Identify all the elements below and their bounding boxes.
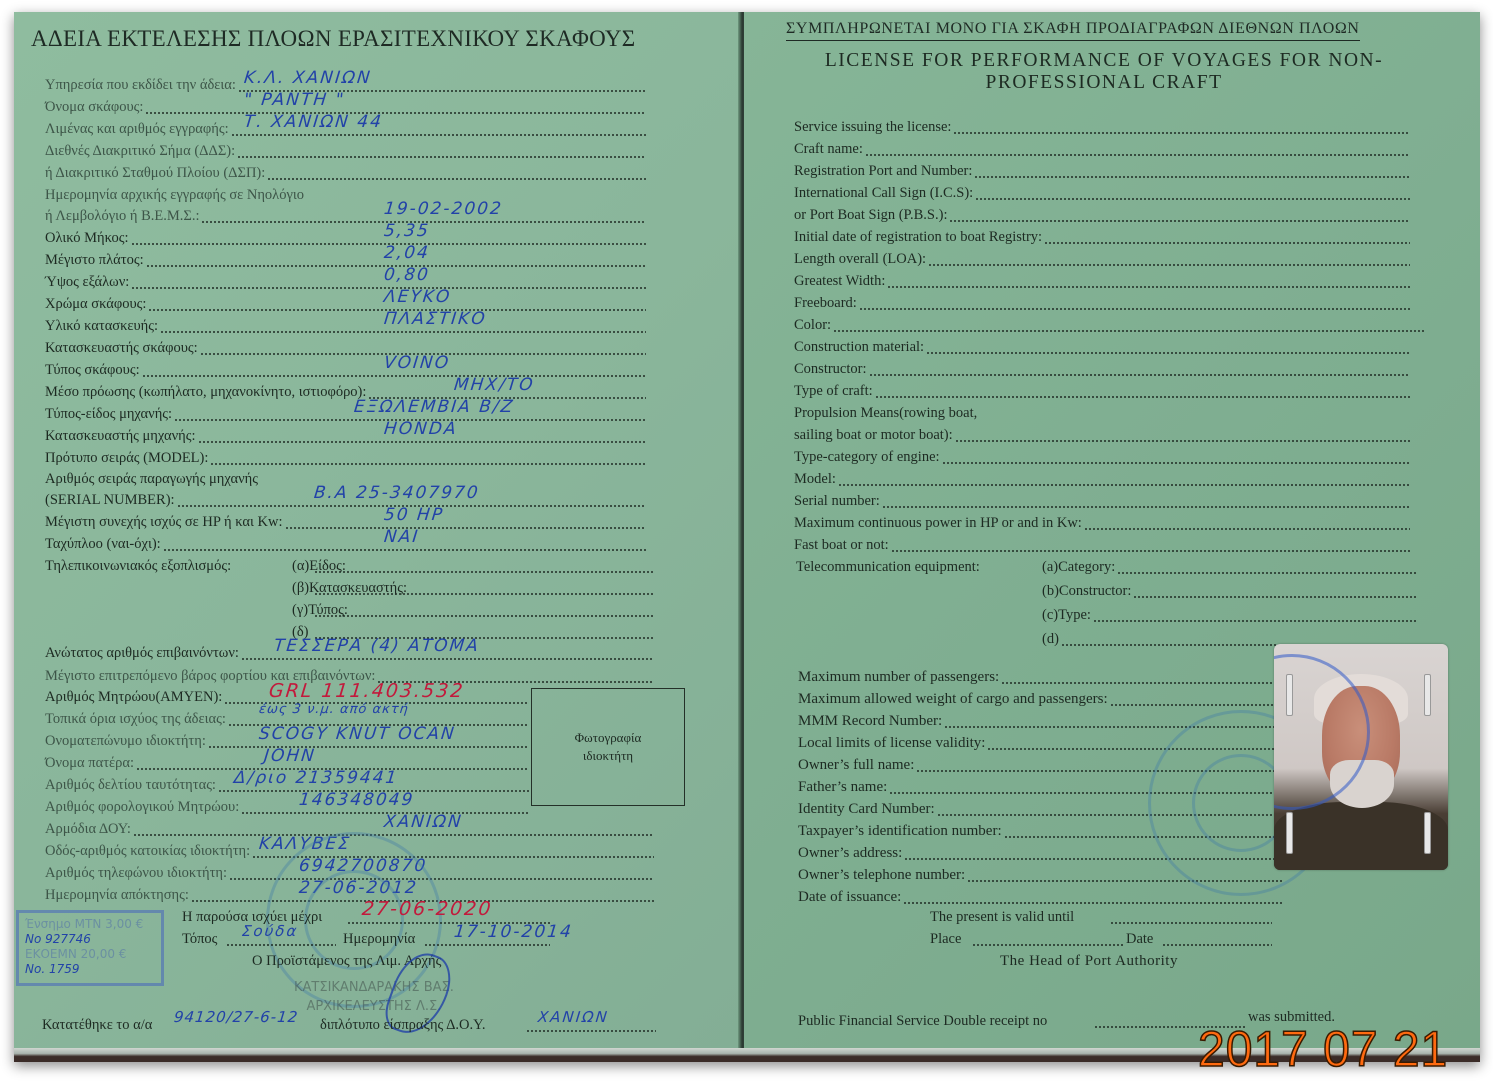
place-label: Τόπος: [182, 930, 217, 948]
form-label: Date of issuance:: [798, 888, 901, 906]
handwritten-value: ΛΕΥΚΟ: [383, 287, 452, 307]
handwritten-value: VOINO: [383, 353, 451, 373]
title-line: LICENSE FOR PERFORMANCE OF VOYAGES FOR N…: [784, 50, 1424, 72]
form-label: Serial number:: [794, 492, 880, 510]
form-label: Μέσο πρόωσης (κωπήλατο, μηχανοκίνητο, ισ…: [45, 383, 366, 401]
dotted-line: [163, 549, 646, 551]
form-label: Τύπος-είδος μηχανής:: [45, 405, 172, 423]
handwritten-value: GRL 111.403.532: [268, 680, 466, 702]
form-label: Κατασκευαστής μηχανής:: [45, 427, 196, 445]
title-line: PROFESSIONAL CRAFT: [784, 72, 1424, 94]
dotted-line: [942, 462, 1410, 464]
form-label: Color:: [794, 316, 831, 334]
form-label: Identity Card Number:: [798, 800, 935, 818]
dotted-line: [1110, 922, 1272, 924]
form-label: Taxpayer’s identification number:: [798, 822, 1002, 840]
dotted-line: [869, 374, 1410, 376]
form-label: Model:: [794, 470, 836, 488]
left-page-greek: ΑΔΕΙΑ ΕΚΤΕΛΕΣΗΣ ΠΛΟΩΝ ΕΡΑΣΙΤΕΧΝΙΚΟΥ ΣΚΑΦ…: [14, 12, 742, 1054]
fee-stamp: Ένσημο ΜΤΝ 3,00 € No 927746 ΕΚΟΕΜΝ 20,00…: [16, 910, 164, 986]
form-label: Owner’s telephone number:: [798, 866, 965, 884]
dotted-line: [891, 550, 1410, 552]
dotted-line: [833, 330, 1424, 332]
form-label: Ημερομηνία απόκτησης:: [45, 886, 189, 904]
dotted-line: [974, 176, 1410, 178]
form-label: Type-category of engine:: [794, 448, 940, 466]
date-label: Ημερομηνία: [343, 930, 415, 948]
page-title-greek: ΑΔΕΙΑ ΕΚΤΕΛΕΣΗΣ ΠΛΟΩΝ ΕΡΑΣΙΤΕΧΝΙΚΟΥ ΣΚΑΦ…: [31, 26, 635, 52]
form-label: Registration Port and Number:: [794, 162, 972, 180]
dotted-line: [972, 944, 1124, 946]
handwritten-value: Κ.Λ. ΧΑΝΙΩΝ: [243, 68, 373, 88]
dotted-line: [1084, 528, 1410, 530]
form-label: Freeboard:: [794, 294, 857, 312]
dotted-line: [955, 440, 1410, 442]
dotted-line: [928, 264, 1410, 266]
form-label: Υλικό κατασκευής:: [45, 317, 158, 335]
form-label: (SERIAL NUMBER):: [45, 491, 175, 509]
form-label: Κατασκευαστής σκάφους:: [45, 339, 198, 357]
international-voyages-notice: ΣΥΜΠΛΗΡΩΝΕΤΑΙ ΜΟΝΟ ΓΙΑ ΣΚΑΦΗ ΠΡΟΔΙΑΓΡΑΦΩ…: [786, 20, 1360, 41]
fee-stamp-line: No 927746: [25, 932, 155, 947]
form-label: Ταχύπλοο (ναι-όχι):: [45, 535, 161, 553]
dotted-line: [1001, 682, 1284, 684]
dotted-line: [1110, 704, 1284, 706]
handwritten-value: 0,80: [383, 265, 431, 285]
handwritten-value: Τ. ΧΑΝΙΩΝ 44: [243, 112, 384, 132]
handwritten-value: ΧΑΝΙΩΝ: [383, 812, 464, 832]
place-label: Place: [930, 930, 961, 948]
dotted-line: [1162, 944, 1272, 946]
form-label: Fast boat or not:: [794, 536, 889, 554]
form-label: ή Διακριτικό Σταθμού Πλοίου (ΔΣΠ):: [45, 164, 265, 182]
form-label: Όνομα πατέρα:: [45, 754, 134, 772]
form-label: sailing boat or motor boat):: [794, 426, 953, 444]
dotted-line: [210, 463, 646, 465]
form-label: Ανώτατος αριθμός επιβαινόντων:: [45, 644, 239, 662]
dotted-line: [237, 156, 646, 158]
dotted-line: [975, 198, 1410, 200]
fee-stamp-line: ΕΚΟΕΜΝ 20,00 €: [25, 947, 155, 962]
dotted-line: [314, 615, 654, 617]
dotted-line: [285, 527, 646, 529]
owner-photo-placeholder: Φωτογραφία ιδιοκτήτη: [531, 688, 685, 806]
fee-stamp-line: Ένσημο ΜΤΝ 3,00 €: [25, 917, 155, 932]
date-value: 17-10-2014: [453, 922, 574, 942]
photo-coat: [1274, 802, 1448, 870]
handwritten-value: 146348049: [298, 790, 415, 810]
form-label: Οδός-αριθμός κατοικίας ιδιοκτήτη:: [45, 842, 250, 860]
form-label: Χρώμα σκάφους:: [45, 295, 146, 313]
document-photo: ΑΔΕΙΑ ΕΚΤΕΛΕΣΗΣ ΠΛΟΩΝ ΕΡΑΣΙΤΕΧΝΙΚΟΥ ΣΚΑΦ…: [14, 12, 1480, 1062]
form-label: Όνομα σκάφους:: [45, 98, 143, 116]
handwritten-value: ΤΕΣΣΕΡΑ (4) ΑΤΟΜΑ: [273, 636, 481, 656]
form-label: Greatest Width:: [794, 272, 885, 290]
telecom-item: (d): [1042, 630, 1059, 648]
handwritten-value: έως 3 ν.μ. από ακτή: [258, 702, 409, 717]
head-of-authority-label: The Head of Port Authority: [1000, 952, 1178, 970]
dotted-line: [838, 484, 1410, 486]
staple-icon: [1424, 674, 1431, 716]
dotted-line: [949, 220, 1410, 222]
handwritten-value: SCOGY KNUT OCAN: [258, 724, 457, 744]
form-label: Maximum continuous power in HP or and in…: [794, 514, 1082, 532]
valid-until-text: The present is valid until: [930, 909, 1074, 925]
form-label: Ολικό Μήκος:: [45, 229, 129, 247]
camera-date-stamp: 2017 07 21: [1198, 1021, 1448, 1079]
form-label: Local limits of license validity:: [798, 734, 985, 752]
handwritten-value: JOHN: [263, 746, 317, 766]
dotted-line: [145, 112, 646, 114]
photo-box-label-2: ιδιοκτήτη: [583, 747, 633, 765]
dotted-line: [1133, 596, 1416, 598]
form-label: MMM Record Number:: [798, 712, 942, 730]
dotted-line: [231, 134, 646, 136]
form-label: Υπηρεσία που εκδίδει την άδεια:: [45, 76, 236, 94]
form-label: Αριθμός σειράς παραγωγής μηχανής: [45, 470, 258, 488]
handwritten-value: Δ/ριο 21359441: [233, 768, 399, 788]
dotted-line: [208, 746, 529, 748]
receipt-label: Public Financial Service Double receipt …: [798, 1012, 1047, 1030]
form-label: Constructor:: [794, 360, 867, 378]
handwritten-value: HONDA: [383, 419, 459, 439]
dotted-line: [241, 658, 654, 660]
form-label: Τοπικά όρια ισχύος της άδειας:: [45, 710, 226, 728]
dotted-line: [1117, 572, 1416, 574]
handwritten-value: 19-02-2002: [383, 199, 504, 219]
handwritten-value: 5,35: [383, 221, 431, 241]
dotted-line: [133, 834, 654, 836]
form-label: International Call Sign (I.C.S):: [794, 184, 973, 202]
form-label: Ονοματεπώνυμο ιδιοκτήτη:: [45, 732, 206, 750]
form-label: Propulsion Means(rowing boat,: [794, 404, 977, 422]
dotted-line: [314, 593, 654, 595]
form-label: Owner’s address:: [798, 844, 902, 862]
valid-until-label: The present is valid until: [930, 908, 1074, 926]
dotted-line: [142, 375, 646, 377]
dotted-line: [953, 132, 1410, 134]
deposit-tax-office-label: διπλότυπο είσπραξης Δ.Ο.Υ.: [320, 1016, 485, 1034]
handwritten-value: 50 HP: [383, 505, 445, 525]
handwritten-value: 2,04: [383, 243, 431, 263]
form-label: Length overall (LOA):: [794, 250, 926, 268]
telecom-label: Telecommunication equipment:: [796, 558, 980, 576]
fee-stamp-line: No. 1759: [25, 962, 155, 977]
dotted-line: [926, 352, 1410, 354]
deposit-receipt-number: 94120/27-6-12: [173, 1008, 299, 1026]
form-label: Μέγιστη συνεχής ισχύς σε HP ή και Kw:: [45, 513, 283, 531]
handwritten-value: ΜΗΧ/ΤΟ: [453, 375, 536, 395]
telecom-label: Τηλεπικοινωνιακός εξοπλισμός:: [45, 557, 231, 575]
dotted-line: [226, 944, 336, 946]
form-label: Ύψος εξάλων:: [45, 273, 129, 291]
form-label: Αρμόδια ΔΟΥ:: [45, 820, 131, 838]
date-label: Date: [1126, 930, 1153, 948]
deposit-label: Κατατέθηκε το α/α: [42, 1016, 152, 1034]
form-label: Craft name:: [794, 140, 863, 158]
dotted-line: [1044, 242, 1410, 244]
dotted-line: [267, 178, 646, 180]
form-label: Maximum allowed weight of cargo and pass…: [798, 690, 1108, 708]
handwritten-value: B.A 25-3407970: [313, 483, 481, 503]
telecom-item: (a)Category:: [1042, 558, 1115, 576]
dotted-line: [424, 944, 550, 946]
form-label: Ημερομηνία αρχικής εγγραφής σε Νηολόγιο: [45, 186, 304, 204]
dotted-line: [526, 1030, 656, 1032]
form-label: Διεθνές Διακριτικό Σήμα (ΔΔΣ):: [45, 142, 235, 160]
dotted-line: [160, 331, 646, 333]
form-label: Service issuing the license:: [794, 118, 951, 136]
dotted-line: [903, 902, 1284, 904]
form-label: Πρότυπο σειράς (MODEL):: [45, 449, 208, 467]
form-label: Initial date of registration to boat Reg…: [794, 228, 1042, 246]
staple-icon: [1286, 812, 1293, 854]
form-label: Μέγιστο πλάτος:: [45, 251, 144, 269]
form-label: Αριθμός φορολογικού Μητρώου:: [45, 798, 239, 816]
handwritten-value: ΠΛΑΣΤΙΚΟ: [383, 309, 488, 329]
form-label: Owner’s full name:: [798, 756, 914, 774]
form-label: Τύπος σκάφους:: [45, 361, 140, 379]
page-title-english: LICENSE FOR PERFORMANCE OF VOYAGES FOR N…: [784, 50, 1424, 94]
form-label: Type of craft:: [794, 382, 873, 400]
form-label: Maximum number of passengers:: [798, 668, 999, 686]
form-label: Λιμένας και αριθμός εγγραφής:: [45, 120, 229, 138]
telecom-item: (b)Constructor:: [1042, 582, 1131, 600]
form-label: Father’s name:: [798, 778, 887, 796]
form-label: or Port Boat Sign (P.B.S.):: [794, 206, 947, 224]
photo-box-label-1: Φωτογραφία: [575, 729, 642, 747]
valid-until-value: 27-06-2020: [361, 898, 494, 920]
deposit-tax-office-value: ΧΑΝΙΩΝ: [537, 1008, 610, 1026]
handwritten-value: " PANTH ": [243, 90, 346, 110]
form-label: ή Λεμβολόγιο ή Β.Ε.Μ.Σ.:: [45, 207, 199, 225]
dotted-line: [875, 396, 1410, 398]
telecom-item: (c)Type:: [1042, 606, 1091, 624]
staple-icon: [1424, 812, 1431, 854]
owner-photo: [1274, 644, 1448, 870]
dotted-line: [1093, 620, 1416, 622]
form-label: Construction material:: [794, 338, 924, 356]
dotted-line: [882, 506, 1410, 508]
form-label: Αριθμός δελτίου ταυτότητας:: [45, 776, 216, 794]
dotted-line: [859, 308, 1410, 310]
dotted-line: [314, 571, 654, 573]
handwritten-value: ΝΑΙ: [383, 527, 420, 547]
dotted-line: [887, 286, 1410, 288]
dotted-line: [198, 441, 646, 443]
place-value: Σούδα: [241, 922, 299, 940]
form-label: Αριθμός Μητρώου(ΑΜΥΕΝ):: [45, 688, 222, 706]
right-page-english: ΣΥΜΠΛΗΡΩΝΕΤΑΙ ΜΟΝΟ ΓΙΑ ΣΚΑΦΗ ΠΡΟΔΙΑΓΡΑΦΩ…: [744, 12, 1480, 1054]
form-label: Αριθμός τηλεφώνου ιδιοκτήτη:: [45, 864, 227, 882]
dotted-line: [865, 154, 1410, 156]
handwritten-value: ΕΞΩΛΕΜΒΙΑ Β/Ζ: [353, 397, 515, 417]
